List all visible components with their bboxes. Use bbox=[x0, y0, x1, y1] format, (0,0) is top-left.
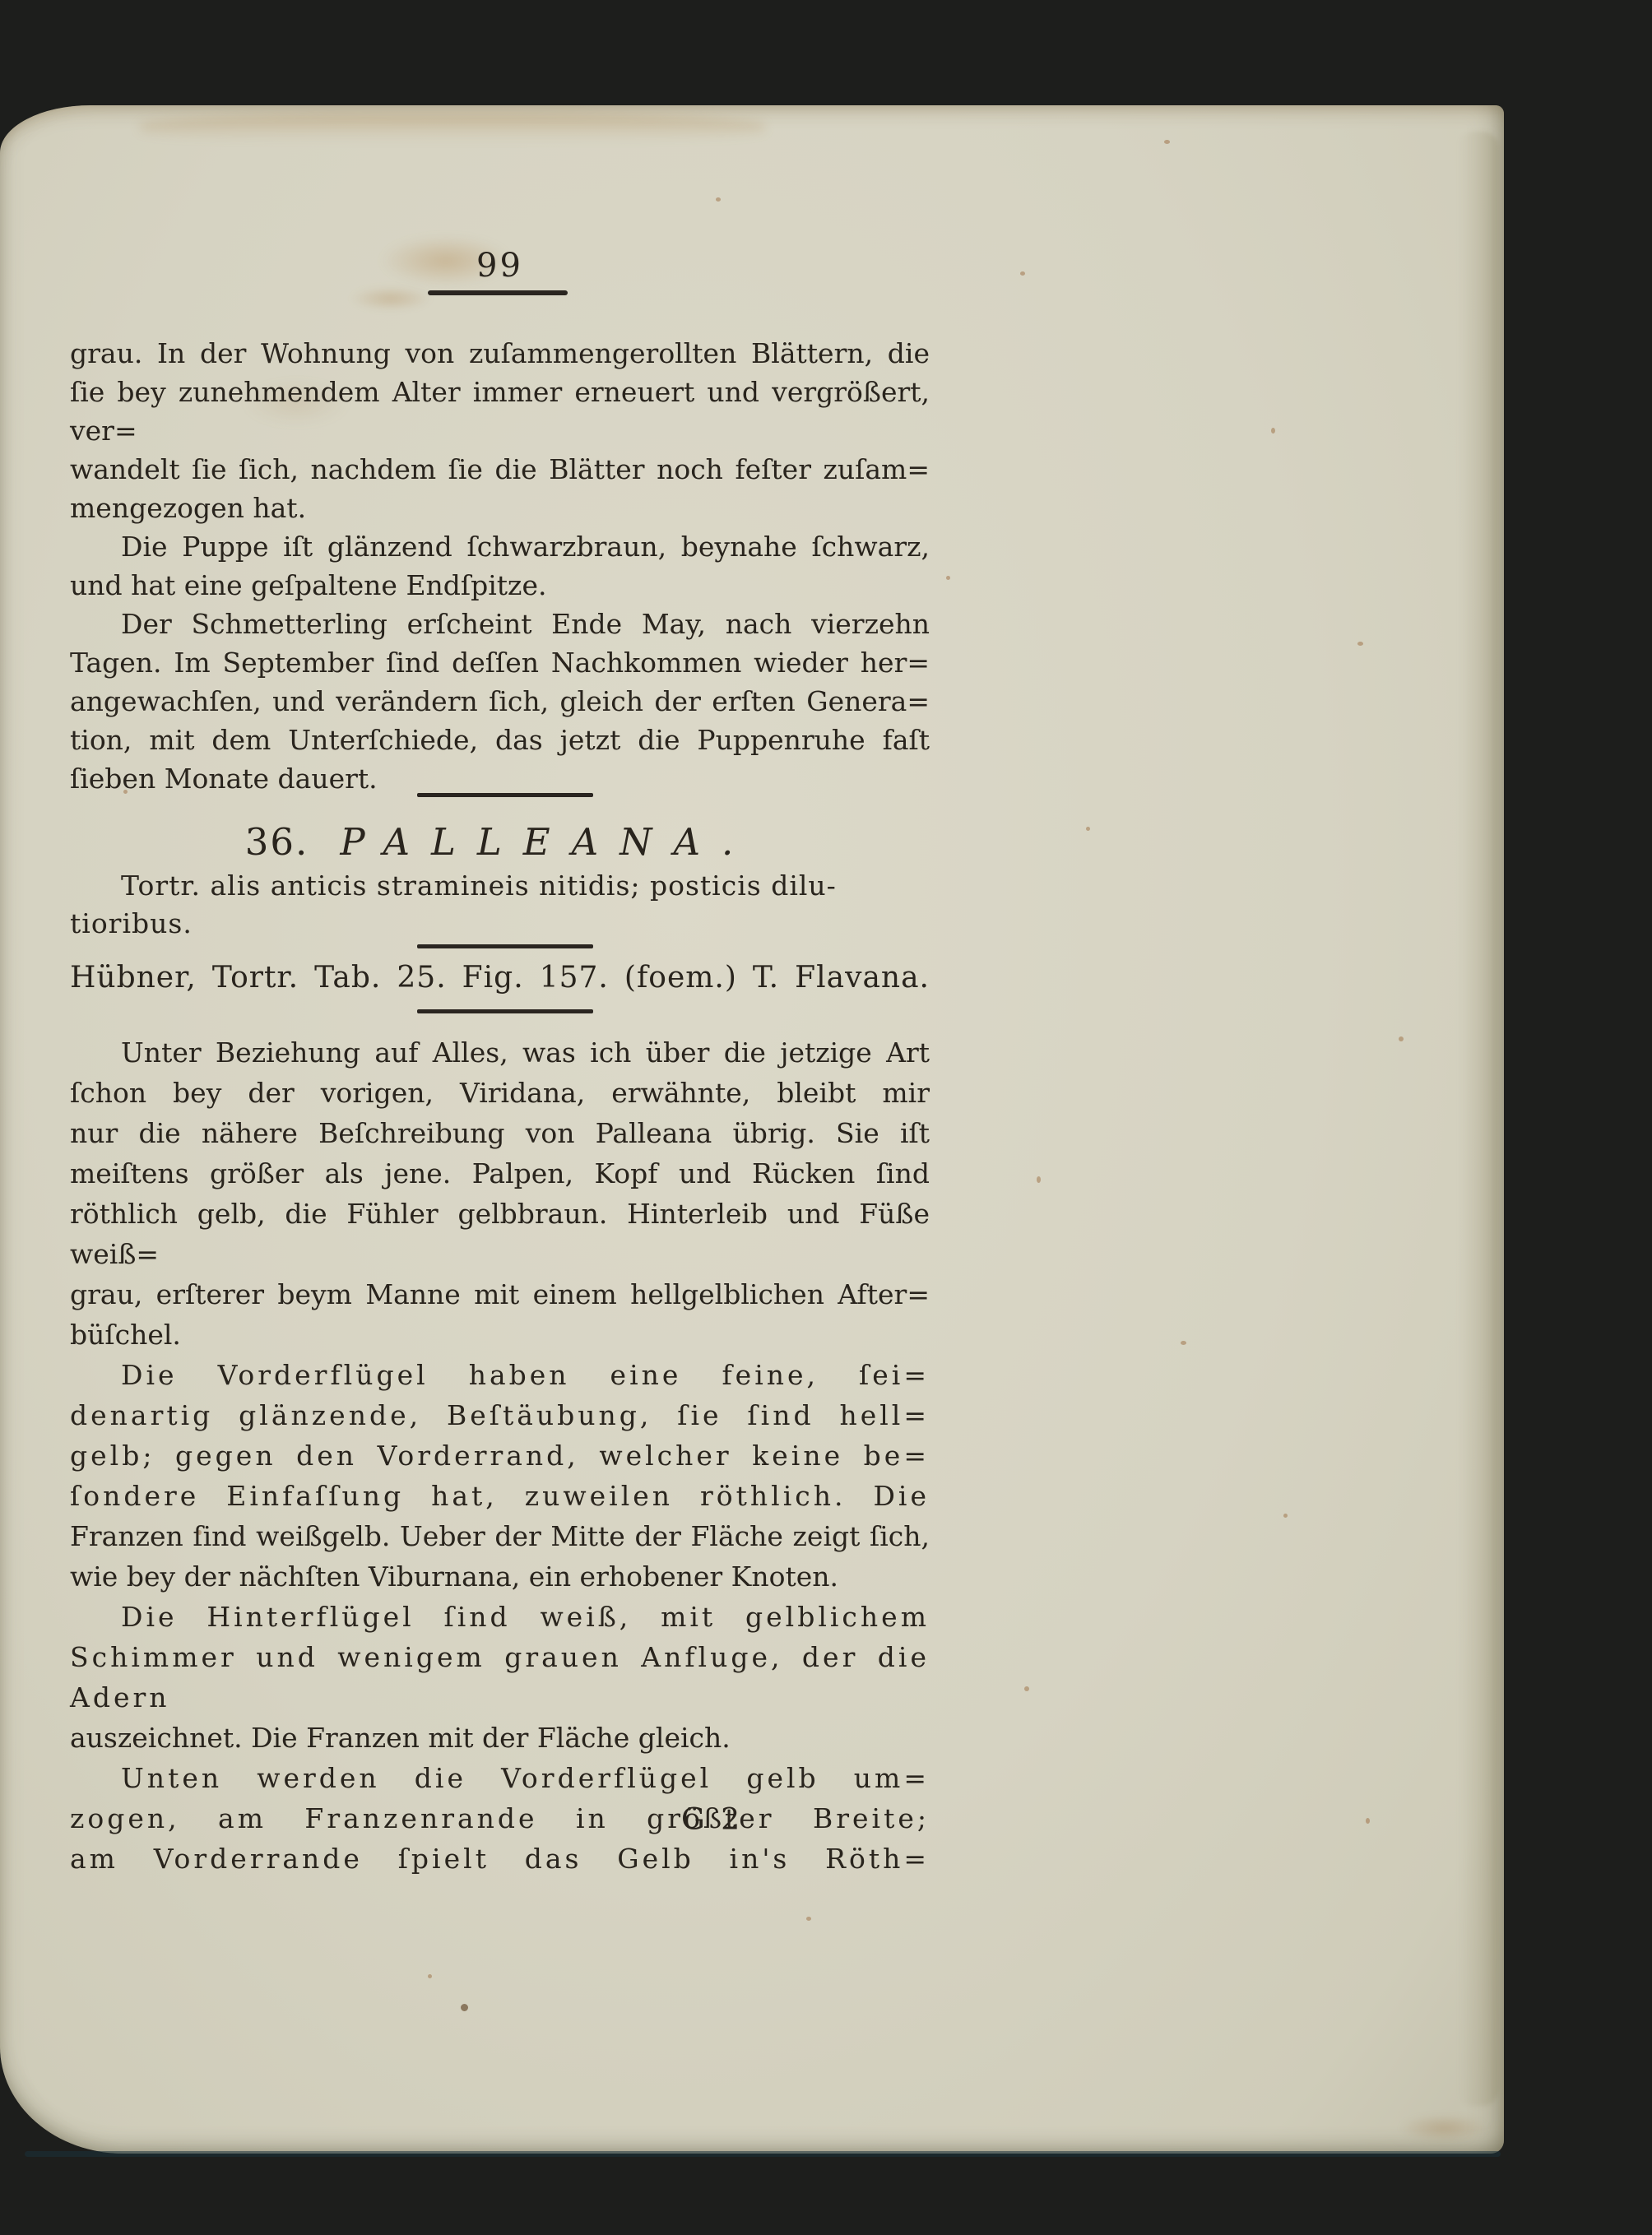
text-line: Unten werden die Vorderflügel gelb um= bbox=[70, 1758, 930, 1798]
text-line: angewachſen, und verändern ſich, gleich … bbox=[70, 682, 930, 721]
text-line: auszeichnet. Die Franzen mit der Fläche … bbox=[70, 1718, 930, 1758]
text-line: ſondere Einfaſſung hat, zuweilen röthlic… bbox=[70, 1476, 930, 1516]
body-text-block-main: Unter Beziehung auf Alles, was ich über … bbox=[70, 1032, 930, 1879]
text-line: büſchel. bbox=[70, 1315, 930, 1355]
text-line: Der Schmetterling erſcheint Ende May, na… bbox=[70, 605, 930, 643]
latin-diagnosis-line: Tortr. alis anticis stramineis nitidis; … bbox=[70, 867, 930, 905]
text-line: mengezogen hat. bbox=[70, 489, 930, 527]
text-line: ſieben Monate dauert. bbox=[70, 759, 930, 798]
text-line: wie bey der nächſten Viburnana, ein erho… bbox=[70, 1556, 930, 1597]
species-number: 36. bbox=[245, 820, 309, 864]
text-line: nur die nähere Beſchreibung von Palleana… bbox=[70, 1113, 930, 1153]
text-line: Die Puppe iſt glänzend ſchwarzbraun, bey… bbox=[70, 527, 930, 566]
latin-diagnosis-line: tioribus. bbox=[70, 905, 930, 943]
text-line: wandelt ſie ſich, nachdem ſie die Blätte… bbox=[70, 450, 930, 489]
species-heading: 36.PALLEANA. bbox=[70, 819, 930, 865]
text-line: ſie bey zunehmendem Alter immer erneuert… bbox=[70, 373, 930, 450]
text-line: Unter Beziehung auf Alles, was ich über … bbox=[70, 1032, 930, 1073]
text-line: und hat eine geſpaltene Endſpitze. bbox=[70, 566, 930, 605]
text-line: denartig glänzende, Beſtäubung, ſie ſind… bbox=[70, 1395, 930, 1435]
scanned-book-photo: { "page": { "number": "99", "signature_m… bbox=[0, 0, 1652, 2235]
text-line: Die Hinterflügel ſind weiß, mit gelblich… bbox=[70, 1597, 930, 1637]
text-line: tion, mit dem Unterſchiede, das jetzt di… bbox=[70, 721, 930, 759]
text-line: zogen, am Franzenrande in größter Breite… bbox=[70, 1798, 930, 1839]
reference-line: Hübner, Tortr. Tab. 25. Fig. 157. (foem.… bbox=[70, 961, 930, 995]
text-line: Schimmer und wenigem grauen Anfluge, der… bbox=[70, 1637, 930, 1718]
page-number-rule bbox=[428, 290, 568, 295]
latin-diagnosis: Tortr. alis anticis stramineis nitidis; … bbox=[70, 867, 930, 943]
text-line: am Vorderrande ſpielt das Gelb in's Röth… bbox=[70, 1839, 930, 1879]
text-line: gelb; gegen den Vorderrand, welcher kein… bbox=[70, 1435, 930, 1476]
page-number: 99 bbox=[70, 247, 930, 285]
separator-rule bbox=[417, 1009, 593, 1013]
separator-rule bbox=[417, 944, 593, 948]
text-line: Die Vorderflügel haben eine feine, ſei= bbox=[70, 1355, 930, 1395]
text-line: röthlich gelb, die Fühler gelbbraun. Hin… bbox=[70, 1194, 930, 1274]
text-line: grau, erſterer beym Manne mit einem hell… bbox=[70, 1274, 930, 1315]
text-line: ſchon bey der vorigen, Viridana, erwähnt… bbox=[70, 1073, 930, 1113]
text-line: Tagen. Im September ſind deſſen Nachkomm… bbox=[70, 643, 930, 682]
text-line: grau. In der Wohnung von zuſammengerollt… bbox=[70, 334, 930, 373]
signature-mark: G 2 bbox=[681, 1803, 743, 1837]
species-name: PALLEANA. bbox=[340, 820, 754, 864]
separator-rule bbox=[417, 793, 593, 797]
body-text-block-top: grau. In der Wohnung von zuſammengerollt… bbox=[70, 334, 930, 798]
text-line: Franzen ſind weißgelb. Ueber der Mitte d… bbox=[70, 1516, 930, 1556]
text-line: meiſtens größer als jene. Palpen, Kopf u… bbox=[70, 1153, 930, 1194]
